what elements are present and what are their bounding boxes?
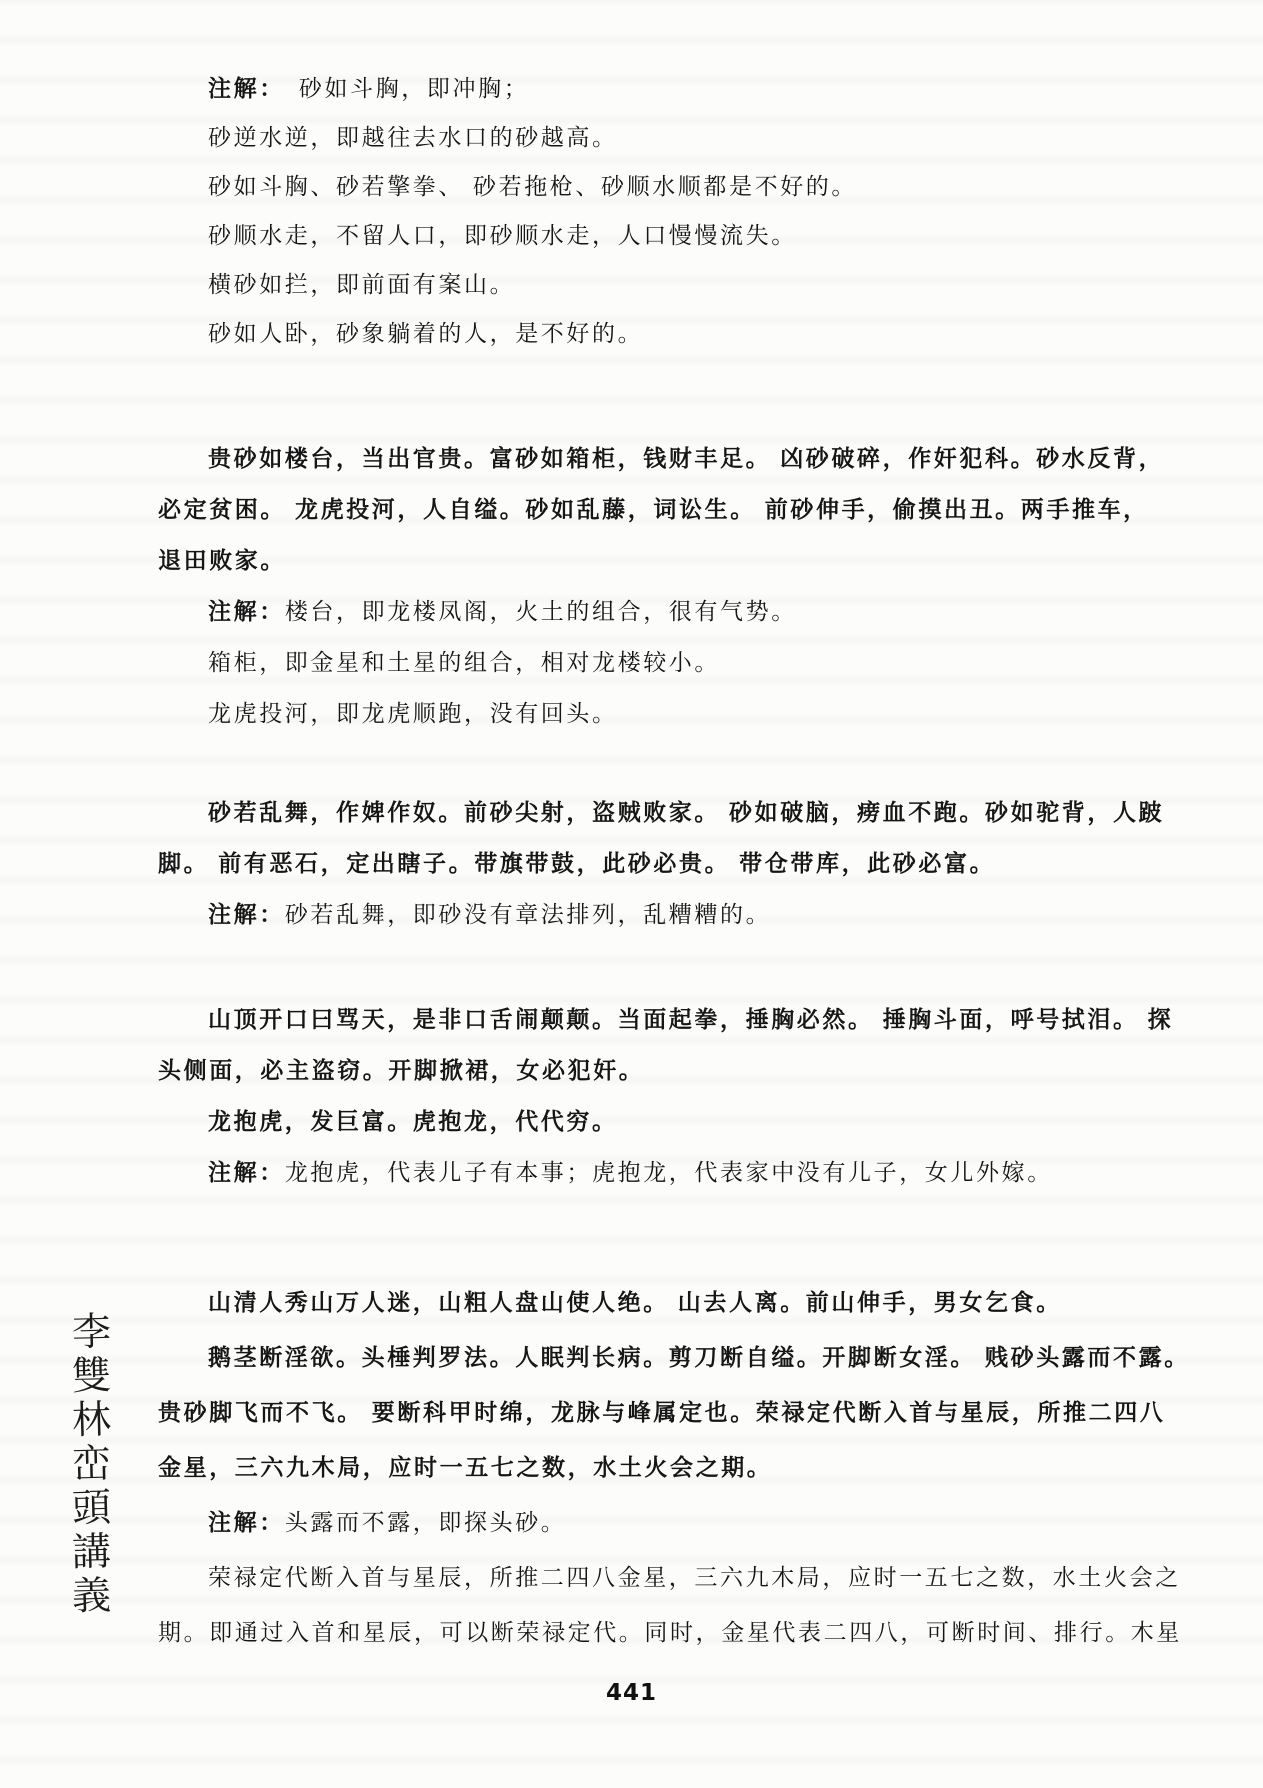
line-text: 龙抱虎，发巨富。虎抱龙，代代穷。 (208, 1108, 618, 1134)
line-text: 山清人秀山万人迷，山粗人盘山使人绝。 山去人离。前山伸手，男女乞食。 (208, 1289, 1062, 1315)
line-text: 期。即通过入首和星辰，可以断荣禄定代。同时，金星代表二四八，可断时间、排行。木星 (158, 1619, 1182, 1645)
line-text: 横砂如拦，即前面有案山。 (208, 271, 515, 297)
line-text: 必定贫困。 龙虎投河，人自缢。砂如乱藤，词讼生。 前砂伸手，偷摸出丑。两手推车， (158, 496, 1149, 522)
text-line: 箱柜，即金星和土星的组合，相对龙楼较小。 (158, 637, 1170, 688)
watermark-char: 義 (72, 1576, 112, 1616)
text-line: 砂逆水逆，即越往去水口的砂越高。 (158, 113, 1170, 162)
line-text: 龙抱虎，代表儿子有本事；虎抱龙，代表家中没有儿子，女儿外嫁。 (285, 1159, 1053, 1185)
section-shanqing-verse: 山清人秀山万人迷，山粗人盘山使人绝。 山去人离。前山伸手，男女乞食。 鹅茎断淫欲… (158, 1275, 1170, 1660)
text-line: 贵砂脚飞而不飞。 要断科甲时绵，龙脉与峰属定也。荣禄定代断入首与星辰，所推二四八 (158, 1385, 1170, 1440)
text-line: 荣禄定代断入首与星辰，所推二四八金星，三六九木局，应时一五七之数，水土火会之 (158, 1550, 1170, 1605)
section-shanding-verse: 山顶开口曰骂天，是非口舌闹颠颠。当面起拳，捶胸必然。 捶胸斗面，呼号拭泪。 探 … (158, 994, 1170, 1198)
line-text: 贵砂如楼台，当出官贵。富砂如箱柜，钱财丰足。 凶砂破碎，作奸犯科。砂水反背， (208, 445, 1164, 471)
watermark-char: 李 (72, 1312, 112, 1352)
text-line: 砂如斗胸、砂若擎拳、 砂若拖枪、砂顺水顺都是不好的。 (158, 162, 1170, 211)
line-text: 砂若乱舞，作婢作奴。前砂尖射，盗贼败家。 砂如破脑，痨血不跑。砂如驼背，人跛 (208, 799, 1164, 825)
page-body-text: 注解： 砂如斗胸，即冲胸； 砂逆水逆，即越往去水口的砂越高。 砂如斗胸、砂若擎拳… (158, 64, 1170, 1660)
text-line: 注解： 砂如斗胸，即冲胸； (158, 64, 1170, 113)
annotation-label: 注解： (208, 901, 285, 927)
line-text: 砂顺水走，不留人口，即砂顺水走，人口慢慢流失。 (208, 222, 797, 248)
watermark-char: 林 (72, 1400, 112, 1440)
text-line: 山清人秀山万人迷，山粗人盘山使人绝。 山去人离。前山伸手，男女乞食。 (158, 1275, 1170, 1330)
text-line: 金星，三六九木局，应时一五七之数，水土火会之期。 (158, 1440, 1170, 1495)
text-line: 注解：龙抱虎，代表儿子有本事；虎抱龙，代表家中没有儿子，女儿外嫁。 (158, 1147, 1170, 1198)
section-gui-sha-verse: 贵砂如楼台，当出官贵。富砂如箱柜，钱财丰足。 凶砂破碎，作奸犯科。砂水反背， 必… (158, 433, 1170, 739)
line-text: 砂如斗胸、砂若擎拳、 砂若拖枪、砂顺水顺都是不好的。 (208, 173, 857, 199)
page-number: 441 (0, 1680, 1263, 1706)
scanned-document-page: 李 雙 林 峦 頭 講 義 注解： 砂如斗胸，即冲胸； 砂逆水逆，即越往去水口的… (0, 0, 1263, 1788)
line-text: 头露而不露，即探头砂。 (285, 1509, 567, 1535)
text-line: 砂若乱舞，作婢作奴。前砂尖射，盗贼败家。 砂如破脑，痨血不跑。砂如驼背，人跛 (158, 787, 1170, 838)
line-text: 金星，三六九木局，应时一五七之数，水土火会之期。 (158, 1454, 772, 1480)
line-text: 楼台，即龙楼凤阁，火土的组合，很有气势。 (285, 598, 797, 624)
line-text: 龙虎投河，即龙虎顺跑，没有回头。 (208, 700, 618, 726)
text-line: 注解：砂若乱舞，即砂没有章法排列，乱糟糟的。 (158, 889, 1170, 940)
watermark-char: 頭 (72, 1488, 112, 1528)
section-luan-wu-verse: 砂若乱舞，作婢作奴。前砂尖射，盗贼败家。 砂如破脑，痨血不跑。砂如驼背，人跛 脚… (158, 787, 1170, 940)
text-line: 脚。 前有恶石，定出瞎子。带旗带鼓，此砂必贵。 带仓带库，此砂必富。 (158, 838, 1170, 889)
text-line: 注解：楼台，即龙楼凤阁，火土的组合，很有气势。 (158, 586, 1170, 637)
text-line: 砂如人卧，砂象躺着的人，是不好的。 (158, 309, 1170, 358)
text-line: 期。即通过入首和星辰，可以断荣禄定代。同时，金星代表二四八，可断时间、排行。木星 (158, 1605, 1170, 1660)
line-text: 头侧面，必主盗窃。开脚掀裙，女必犯奸。 (158, 1057, 644, 1083)
annotation-label: 注解： (208, 1509, 285, 1535)
watermark-char: 峦 (72, 1444, 112, 1484)
line-text: 砂如斗胸，即冲胸； (273, 75, 529, 101)
line-text: 山顶开口曰骂天，是非口舌闹颠颠。当面起拳，捶胸必然。 捶胸斗面，呼号拭泪。 探 (208, 1006, 1173, 1032)
annotation-label: 注解： (208, 1159, 285, 1185)
line-text: 退田败家。 (158, 547, 286, 573)
text-line: 必定贫困。 龙虎投河，人自缢。砂如乱藤，词讼生。 前砂伸手，偷摸出丑。两手推车， (158, 484, 1170, 535)
annotation-label: 注解： (208, 598, 285, 624)
text-line: 退田败家。 (158, 535, 1170, 586)
line-text: 砂若乱舞，即砂没有章法排列，乱糟糟的。 (285, 901, 771, 927)
text-line: 鹅茎断淫欲。头棰判罗法。人眠判长病。剪刀断自缢。开脚断女淫。 贱砂头露而不露。 (158, 1330, 1170, 1385)
section-annotation-sha-shapes: 注解： 砂如斗胸，即冲胸； 砂逆水逆，即越往去水口的砂越高。 砂如斗胸、砂若擎拳… (158, 64, 1170, 358)
line-text: 箱柜，即金星和土星的组合，相对龙楼较小。 (208, 649, 720, 675)
line-text: 贵砂脚飞而不飞。 要断科甲时绵，龙脉与峰属定也。荣禄定代断入首与星辰，所推二四八 (158, 1399, 1165, 1425)
line-text: 砂逆水逆，即越往去水口的砂越高。 (208, 124, 618, 150)
text-line: 砂顺水走，不留人口，即砂顺水走，人口慢慢流失。 (158, 211, 1170, 260)
vertical-watermark-title: 李 雙 林 峦 頭 講 義 (69, 1313, 115, 1616)
watermark-char: 講 (72, 1532, 112, 1572)
text-line: 头侧面，必主盗窃。开脚掀裙，女必犯奸。 (158, 1045, 1170, 1096)
line-text: 脚。 前有恶石，定出瞎子。带旗带鼓，此砂必贵。 带仓带库，此砂必富。 (158, 850, 995, 876)
text-line: 贵砂如楼台，当出官贵。富砂如箱柜，钱财丰足。 凶砂破碎，作奸犯科。砂水反背， (158, 433, 1170, 484)
line-text: 鹅茎断淫欲。头棰判罗法。人眠判长病。剪刀断自缢。开脚断女淫。 贱砂头露而不露。 (208, 1344, 1190, 1370)
text-line: 注解：头露而不露，即探头砂。 (158, 1495, 1170, 1550)
watermark-char: 雙 (72, 1356, 112, 1396)
text-line: 山顶开口曰骂天，是非口舌闹颠颠。当面起拳，捶胸必然。 捶胸斗面，呼号拭泪。 探 (158, 994, 1170, 1045)
line-text: 砂如人卧，砂象躺着的人，是不好的。 (208, 320, 643, 346)
text-line: 龙虎投河，即龙虎顺跑，没有回头。 (158, 688, 1170, 739)
text-line: 龙抱虎，发巨富。虎抱龙，代代穷。 (158, 1096, 1170, 1147)
annotation-label: 注解： (208, 75, 273, 101)
text-line: 横砂如拦，即前面有案山。 (158, 260, 1170, 309)
line-text: 荣禄定代断入首与星辰，所推二四八金星，三六九木局，应时一五七之数，水土火会之 (208, 1564, 1181, 1590)
